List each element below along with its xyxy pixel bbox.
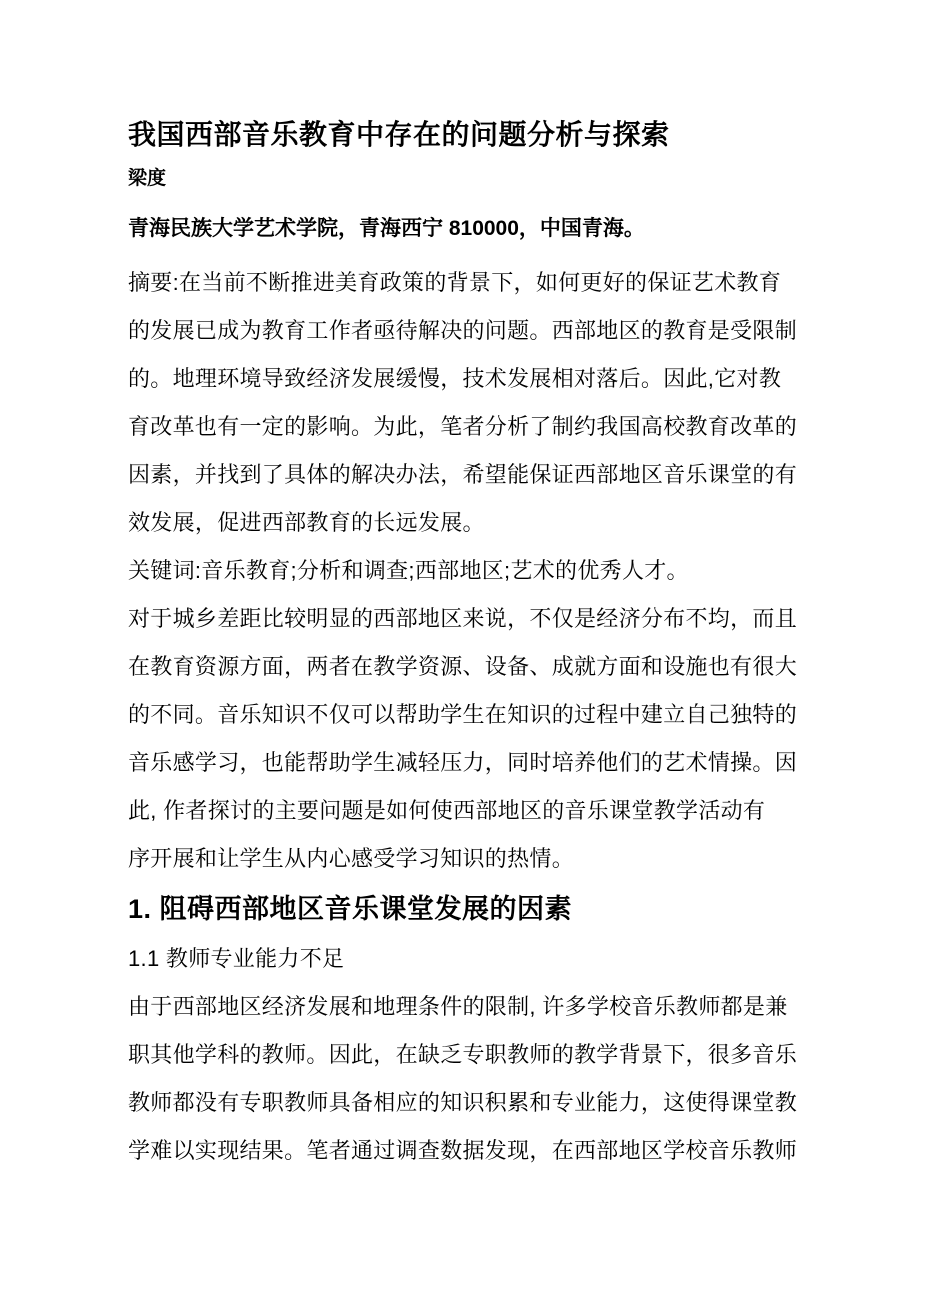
intro-line: 此, 作者探讨的主要问题是如何使西部地区的音乐课堂教学活动有: [128, 787, 797, 835]
document-affiliation: 青海民族大学艺术学院，青海西宁 810000，中国青海。: [128, 210, 645, 248]
abstract-and-intro-block: 摘要:在当前不断推进美育政策的背景下，如何更好的保证艺术教育 的发展已成为教育工…: [128, 259, 797, 883]
abstract-line: 摘要:在当前不断推进美育政策的背景下，如何更好的保证艺术教育: [128, 259, 797, 307]
section-1-heading: 1. 阻碍西部地区音乐课堂发展的因素: [128, 883, 572, 935]
section-1-1-subheading: 1.1 教师专业能力不足: [128, 935, 797, 983]
document-title: 我国西部音乐教育中存在的问题分析与探索: [128, 112, 670, 158]
abstract-line: 的。地理环境导致经济发展缓慢，技术发展相对落后。因此,它对教: [128, 355, 797, 403]
section-1-1-line: 学难以实现结果。笔者通过调查数据发现，在西部地区学校音乐教师: [128, 1127, 797, 1175]
abstract-line: 育改革也有一定的影响。为此，笔者分析了制约我国高校教育改革的: [128, 403, 797, 451]
section-1-1-block: 1.1 教师专业能力不足 由于西部地区经济发展和地理条件的限制, 许多学校音乐教…: [128, 935, 797, 1175]
intro-line: 对于城乡差距比较明显的西部地区来说，不仅是经济分布不均，而且: [128, 595, 797, 643]
section-1-1-line: 职其他学科的教师。因此，在缺乏专职教师的教学背景下，很多音乐: [128, 1031, 797, 1079]
section-1-1-line: 由于西部地区经济发展和地理条件的限制, 许多学校音乐教师都是兼: [128, 983, 797, 1031]
abstract-line: 效发展，促进西部教育的长远发展。: [128, 499, 797, 547]
intro-line: 序开展和让学生从内心感受学习知识的热情。: [128, 835, 797, 883]
keywords-line: 关键词:音乐教育;分析和调查;西部地区;艺术的优秀人才。: [128, 547, 797, 595]
document-author: 梁度: [128, 166, 166, 192]
section-1-1-line: 教师都没有专职教师具备相应的知识积累和专业能力，这使得课堂教: [128, 1079, 797, 1127]
document-page: 我国西部音乐教育中存在的问题分析与探索 梁度 青海民族大学艺术学院，青海西宁 8…: [0, 0, 926, 1309]
intro-line: 的不同。音乐知识不仅可以帮助学生在知识的过程中建立自己独特的: [128, 691, 797, 739]
abstract-line: 的发展已成为教育工作者亟待解决的问题。西部地区的教育是受限制: [128, 307, 797, 355]
intro-line: 音乐感学习，也能帮助学生减轻压力，同时培养他们的艺术情操。因: [128, 739, 797, 787]
intro-line: 在教育资源方面，两者在教学资源、设备、成就方面和设施也有很大: [128, 643, 797, 691]
abstract-line: 因素，并找到了具体的解决办法，希望能保证西部地区音乐课堂的有: [128, 451, 797, 499]
